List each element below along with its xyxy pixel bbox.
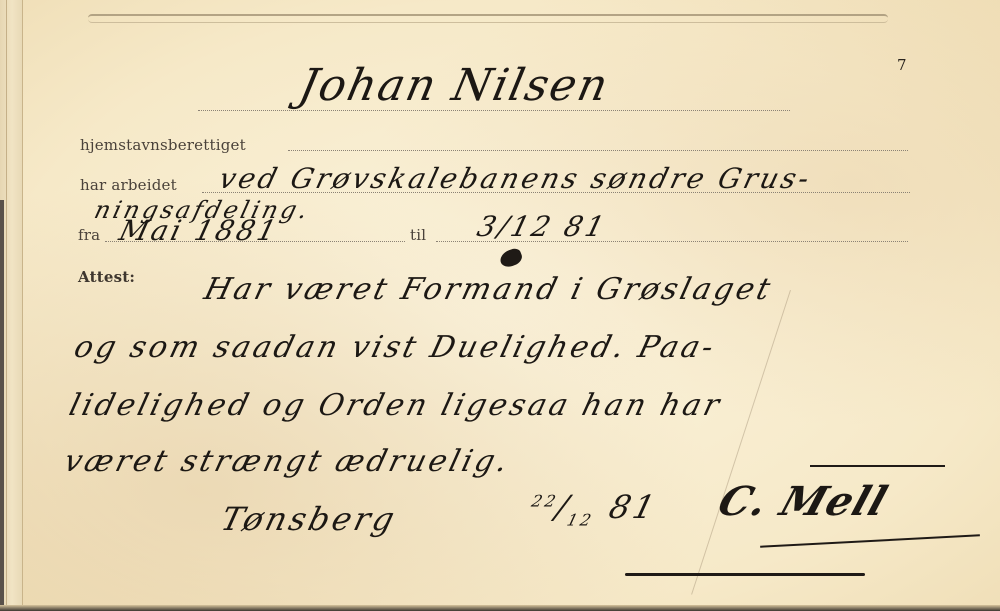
- label-to: til: [410, 226, 426, 244]
- label-from: fra: [78, 226, 100, 244]
- holder-name: Johan Nilsen: [295, 60, 614, 111]
- signature-flourish: [760, 534, 980, 547]
- attest-line-2: og som saadan vist Duelighed. Paa-: [71, 330, 720, 365]
- top-decorative-rule: [88, 14, 888, 23]
- signed-date-month: 12: [565, 510, 596, 529]
- label-certificate: Attest:: [78, 268, 135, 286]
- signature-underline: [625, 573, 865, 576]
- worked-at-dotted-line: [202, 192, 910, 193]
- page-number: 7: [897, 56, 907, 74]
- label-hometown: hjemstavnsberettiget: [80, 136, 246, 154]
- to-date: 3/12 81: [474, 210, 611, 243]
- attest-line-4: været strængt ædruelig.: [61, 444, 514, 479]
- signed-date-year: 81: [605, 488, 661, 526]
- page-bottom-edge: [0, 605, 1000, 611]
- hometown-dotted-line: [288, 150, 908, 151]
- signed-date: 22/12 81: [525, 488, 662, 529]
- ink-blot: [498, 247, 524, 270]
- closing-rule: [810, 465, 945, 467]
- attest-line-3: lidelighed og Orden ligesaa han har: [66, 388, 726, 423]
- label-worked-at: har arbeidet: [80, 176, 177, 194]
- place: Tønsberg: [217, 500, 401, 538]
- book-spine-shadow: [0, 200, 4, 611]
- signature: C. Mell: [712, 478, 893, 525]
- document-page: 7 Johan Nilsen hjemstavnsberettiget har …: [0, 0, 1000, 611]
- name-dotted-line: [198, 110, 790, 111]
- attest-line-1: Har været Formand i Grøslaget: [201, 272, 777, 307]
- binding-fold-line: [6, 0, 7, 611]
- worked-at-value-line1: ved Grøvskalebanens søndre Grus-: [216, 162, 816, 195]
- from-date: Mai 1881: [116, 214, 283, 247]
